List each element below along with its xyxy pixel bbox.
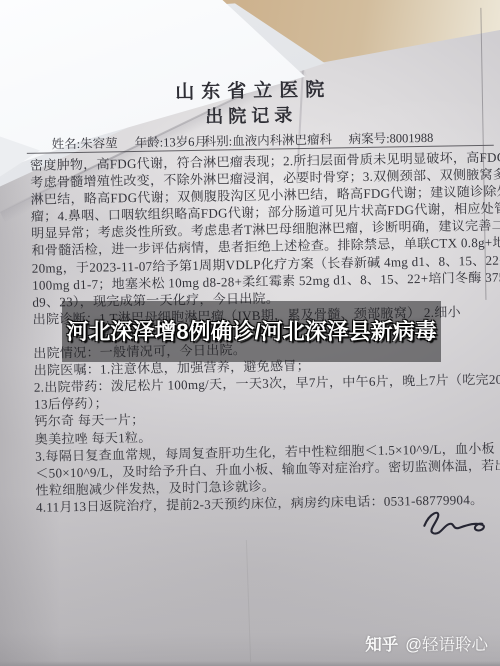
news-headline-overlay: 河北深泽增8例确诊/河北深泽县新病毒: [62, 301, 441, 362]
handwritten-signature: [407, 501, 489, 553]
patient-age-field: 年龄:13岁6月: [134, 132, 207, 151]
zhihu-watermark: 知乎 @轻语聆心: [365, 631, 488, 655]
patient-name-field: 姓名:朱容堃: [52, 133, 118, 152]
zhihu-logo-text: 知乎: [365, 631, 398, 655]
watermark-username: @轻语聆心: [405, 631, 488, 655]
photo-of-discharge-record: 山东省立医院 出院记录 姓名:朱容堃 年龄:13岁6月 科别:血液内科淋巴瘤科 …: [0, 0, 500, 666]
case-number-field: 病案号:8001988: [348, 128, 433, 147]
photo-bottom-edge: [0, 661, 500, 666]
department-field: 科别:血液内科淋巴瘤科: [203, 130, 332, 150]
